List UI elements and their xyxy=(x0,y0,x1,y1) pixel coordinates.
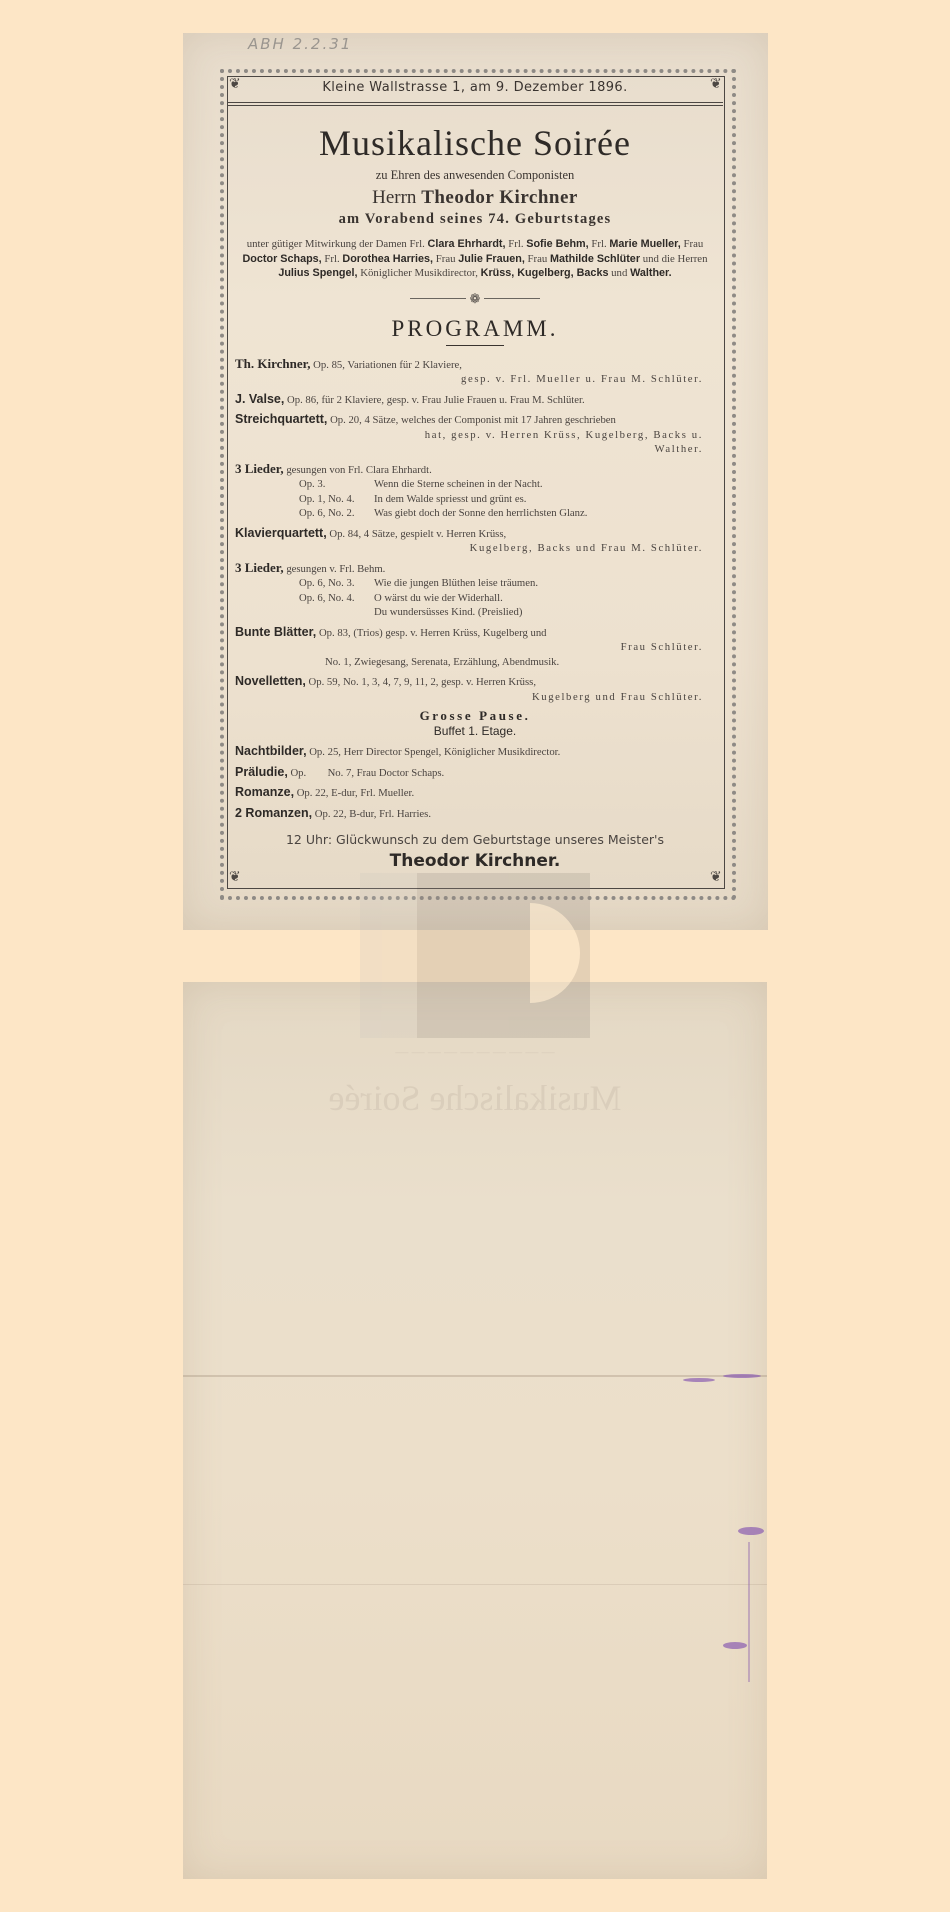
performers-text: Frau xyxy=(684,238,704,250)
violet-ink-mark xyxy=(723,1374,761,1378)
piece-details: Op. 22, E-dur, Frl. Mueller. xyxy=(297,787,414,799)
violet-ink-line xyxy=(748,1542,750,1682)
piece-title: 3 Lieder, xyxy=(235,461,284,476)
bleed-through-title: Musikalische Soirée xyxy=(183,1077,767,1119)
piece-title: Novelletten, xyxy=(235,674,306,688)
program-item: J. Valse, Op. 86, für 2 Klaviere, gesp. … xyxy=(235,392,715,408)
program-item: Streichquartett, Op. 20, 4 Sätze, welche… xyxy=(235,412,715,457)
performers-text: Frl. xyxy=(508,238,523,250)
piece-details: Op. 59, No. 1, 3, 4, 7, 9, 11, 2, gesp. … xyxy=(309,676,536,688)
program-item: Romanze, Op. 22, E-dur, Frl. Mueller. xyxy=(235,785,715,801)
performers-text: Frl. xyxy=(324,253,339,265)
performer-name: Mathilde Schlüter xyxy=(550,253,640,265)
song-title: Wie die jungen Blüthen leise träumen. xyxy=(374,576,538,591)
intermission: Grosse Pause. xyxy=(235,708,715,724)
header-divider xyxy=(227,102,723,106)
piece-title: Streichquartett, xyxy=(235,412,327,426)
performer-name: Sofie Behm, xyxy=(526,238,588,250)
performers-text: und die Herren xyxy=(643,253,708,265)
corner-flourish-icon: ❦ xyxy=(229,871,241,885)
stain-line xyxy=(183,1584,767,1585)
performers-text: und xyxy=(611,267,627,279)
program-item: 2 Romanzen, Op. 22, B-dur, Frl. Harries. xyxy=(235,806,715,822)
performer-name: Julie Frauen, xyxy=(458,253,525,265)
piece-movements: No. 1, Zwiegesang, Serenata, Erzählung, … xyxy=(235,655,715,670)
program-item: Präludie, Op. No. 7, Frau Doctor Schaps. xyxy=(235,765,715,781)
violet-ink-mark xyxy=(723,1642,747,1649)
performer-name: Clara Ehrhardt, xyxy=(428,238,506,250)
buffet-note: Buffet 1. Etage. xyxy=(235,724,715,738)
fold-crease xyxy=(183,1375,767,1377)
piece-details: Op. 25, Herr Director Spengel, Königlich… xyxy=(309,746,560,758)
ornament-line xyxy=(484,298,540,299)
program-item: 3 Lieder, gesungen von Frl. Clara Ehrhar… xyxy=(235,462,715,521)
program-item: Novelletten, Op. 59, No. 1, 3, 4, 7, 9, … xyxy=(235,674,715,704)
piece-title: Romanze, xyxy=(235,785,294,799)
archive-mark: ABH 2.2.31 xyxy=(248,35,352,53)
program-item: Klavierquartett, Op. 84, 4 Sätze, gespie… xyxy=(235,526,715,556)
performer-name: Dorothea Harries, xyxy=(342,253,433,265)
honoree: Herrn Theodor Kirchner xyxy=(233,187,717,209)
performers-text: Frau xyxy=(436,253,456,265)
performer-name: Walther. xyxy=(630,267,672,279)
front-page: ABH 2.2.31 ❦ ❦ ❦ ❦ Kleine Wallstrasse 1,… xyxy=(183,33,768,930)
song-title: Du wundersüsses Kind. (Preislied) xyxy=(374,605,522,620)
song-row: Op. 1, No. 4.In dem Walde spriesst und g… xyxy=(235,492,715,507)
song-title: Was giebt doch der Sonne den herrlichste… xyxy=(374,506,587,521)
piece-performers: Kugelberg und Frau Schlüter. xyxy=(235,690,715,705)
piece-title: Präludie, xyxy=(235,765,288,779)
song-opus xyxy=(299,605,374,620)
honoree-prefix: Herrn xyxy=(372,187,416,208)
piece-title: Bunte Blätter, xyxy=(235,625,316,639)
program-item: 3 Lieder, gesungen v. Frl. Behm. Op. 6, … xyxy=(235,561,715,620)
occasion: am Vorabend seines 74. Geburtstages xyxy=(233,211,717,228)
piece-details: Op. 83, (Trios) gesp. v. Herren Krüss, K… xyxy=(319,627,547,639)
program-heading-underline xyxy=(446,345,504,346)
greeting-line: 12 Uhr: Glückwunsch zu dem Geburtstage u… xyxy=(233,832,717,847)
piece-details: gesungen v. Frl. Behm. xyxy=(286,563,385,575)
piece-title: Th. Kirchner, xyxy=(235,356,311,371)
program-content: Kleine Wallstrasse 1, am 9. Dezember 189… xyxy=(233,76,717,871)
archive-watermark-logo xyxy=(360,873,590,1038)
song-row: Du wundersüsses Kind. (Preislied) xyxy=(235,605,715,620)
program-item: Nachtbilder, Op. 25, Herr Director Speng… xyxy=(235,744,715,760)
song-title: Wenn die Sterne scheinen in der Nacht. xyxy=(374,477,543,492)
performer-name: Julius Spengel, xyxy=(278,267,357,279)
watermark-panel xyxy=(360,873,417,1038)
performers-text: Königlicher Musikdirector, xyxy=(360,267,478,279)
piece-details: Op. 85, Variationen für 2 Klaviere, xyxy=(313,359,462,371)
piece-performers: hat, gesp. v. Herren Krüss, Kugelberg, B… xyxy=(235,428,715,443)
piece-details: Op. No. 7, Frau Doctor Schaps. xyxy=(290,767,444,779)
song-opus: Op. 1, No. 4. xyxy=(299,492,374,507)
violet-ink-mark xyxy=(738,1527,764,1535)
song-opus: Op. 6, No. 3. xyxy=(299,576,374,591)
song-row: Op. 6, No. 2.Was giebt doch der Sonne de… xyxy=(235,506,715,521)
performer-name: Krüss, Kugelberg, Backs xyxy=(481,267,609,279)
piece-title: Klavierquartett, xyxy=(235,526,327,540)
song-opus: Op. 3. xyxy=(299,477,374,492)
piece-performers: gesp. v. Frl. Mueller u. Frau M. Schlüte… xyxy=(235,372,715,387)
ornament-line xyxy=(410,298,466,299)
song-title: O wärst du wie der Widerhall. xyxy=(374,591,503,606)
performers-text: Frau xyxy=(528,253,548,265)
page-title: Musikalische Soirée xyxy=(233,122,717,164)
piece-details: Op. 20, 4 Sätze, welches der Componist m… xyxy=(330,414,616,426)
piece-title: 3 Lieder, xyxy=(235,560,284,575)
bleed-through-address: — — — — — — — — — — xyxy=(183,1044,767,1060)
song-opus: Op. 6, No. 4. xyxy=(299,591,374,606)
piece-details: gesungen von Frl. Clara Ehrhardt. xyxy=(286,464,431,476)
piece-details: Op. 86, für 2 Klaviere, gesp. v. Frau Ju… xyxy=(287,394,585,406)
closing-name: Theodor Kirchner. xyxy=(233,851,717,871)
address-line: Kleine Wallstrasse 1, am 9. Dezember 189… xyxy=(233,80,717,100)
ornament-divider: ❁ xyxy=(233,291,717,307)
song-row: Op. 3.Wenn die Sterne scheinen in der Na… xyxy=(235,477,715,492)
song-title: In dem Walde spriesst und grünt es. xyxy=(374,492,526,507)
program-item: Bunte Blätter, Op. 83, (Trios) gesp. v. … xyxy=(235,625,715,670)
program-item: Th. Kirchner, Op. 85, Variationen für 2 … xyxy=(235,357,715,387)
corner-flourish-icon: ❦ xyxy=(710,871,722,885)
program-list: Th. Kirchner, Op. 85, Variationen für 2 … xyxy=(233,357,717,822)
honoree-name: Theodor Kirchner xyxy=(421,187,578,208)
performer-name: Marie Mueller, xyxy=(609,238,680,250)
floral-ornament-icon: ❁ xyxy=(470,291,481,307)
piece-performers: Walther. xyxy=(235,442,715,457)
program-heading: PROGRAMM. xyxy=(233,316,717,342)
song-row: Op. 6, No. 3.Wie die jungen Blüthen leis… xyxy=(235,576,715,591)
piece-title: J. Valse, xyxy=(235,392,284,406)
piece-details: Op. 84, 4 Sätze, gespielt v. Herren Krüs… xyxy=(329,528,506,540)
song-row: Op. 6, No. 4.O wärst du wie der Widerhal… xyxy=(235,591,715,606)
back-page: — — — — — — — — — — Musikalische Soirée xyxy=(183,982,767,1879)
performers-text: unter gütiger Mitwirkung der Damen Frl. xyxy=(247,238,425,250)
piece-performers: Kugelberg, Backs und Frau M. Schlüter. xyxy=(235,541,715,556)
performer-name: Doctor Schaps, xyxy=(242,253,321,265)
song-opus: Op. 6, No. 2. xyxy=(299,506,374,521)
violet-ink-mark xyxy=(683,1378,715,1382)
piece-title: 2 Romanzen, xyxy=(235,806,312,820)
performers-text: Frl. xyxy=(591,238,606,250)
piece-title: Nachtbilder, xyxy=(235,744,307,758)
piece-details: Op. 22, B-dur, Frl. Harries. xyxy=(315,808,431,820)
piece-performers: Frau Schlüter. xyxy=(235,640,715,655)
subtitle: zu Ehren des anwesenden Componisten xyxy=(233,168,717,183)
performers-list: unter gütiger Mitwirkung der Damen Frl. … xyxy=(239,237,711,281)
